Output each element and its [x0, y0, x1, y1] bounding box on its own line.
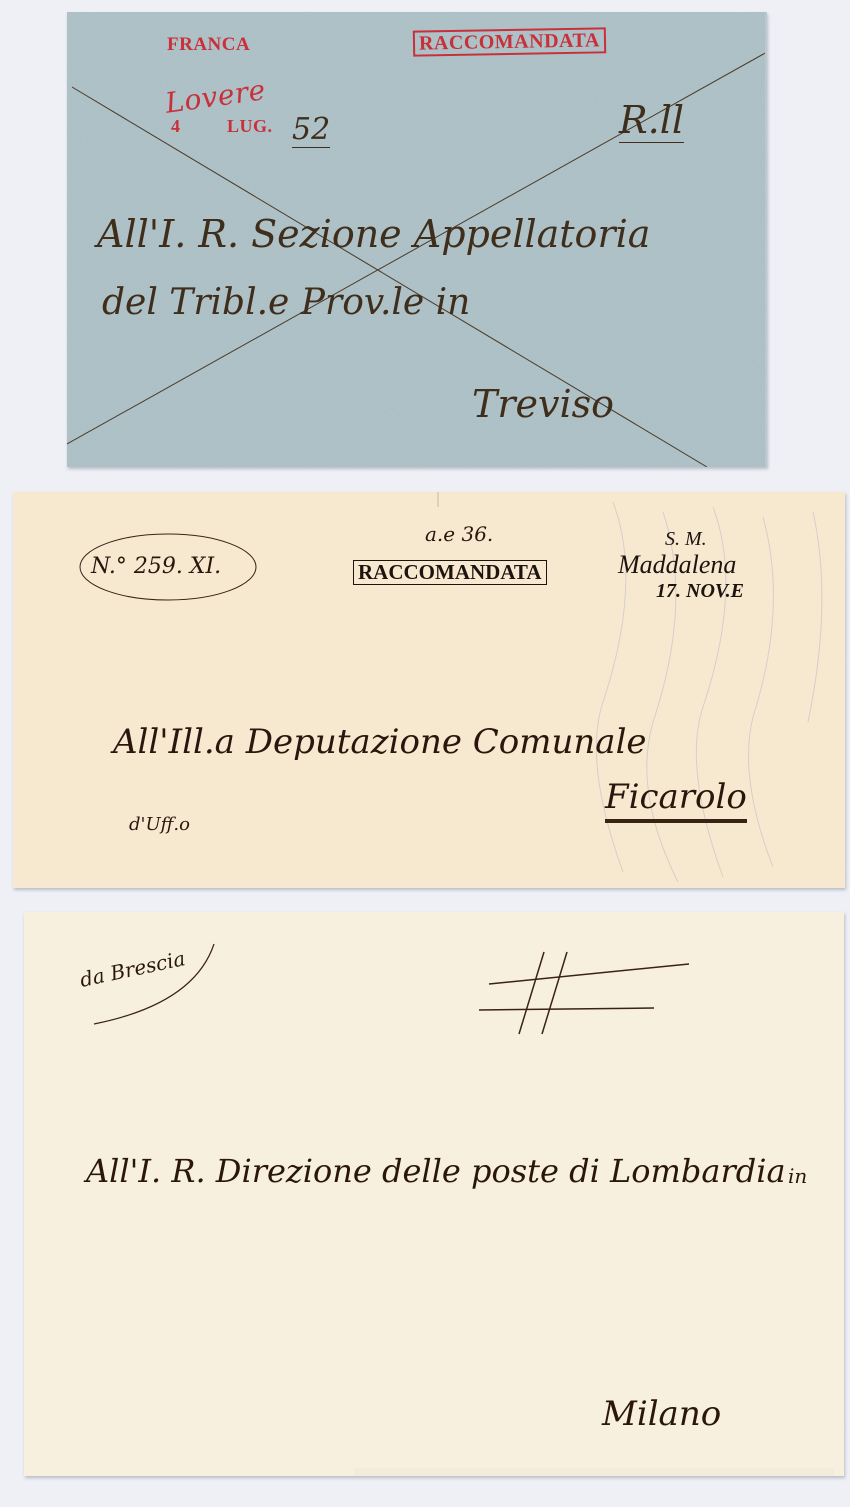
- raccomandata-stamp: RACCOMANDATA: [353, 560, 547, 585]
- address-destination: Milano: [602, 1394, 721, 1434]
- address-destination: Ficarolo: [605, 777, 747, 823]
- registration-number: N.° 259. XI.: [91, 554, 221, 579]
- cover-treviso: FRANCA RACCOMANDATA Lovere 4 LUG. 52 R.l…: [67, 12, 767, 467]
- recommended-annotation: R.ll: [619, 98, 684, 143]
- raccomandata-stamp: RACCOMANDATA: [413, 27, 606, 56]
- rate-annotation: 52: [292, 112, 330, 148]
- address-line-1-suffix: in: [788, 1164, 807, 1188]
- address-destination: Treviso: [472, 382, 614, 426]
- cover-texture: [24, 912, 844, 1476]
- address-line-2: del Tribl.e Prov.le in: [102, 282, 470, 323]
- origin-town-postmark: Maddalena: [618, 550, 736, 580]
- franca-stamp: FRANCA: [167, 34, 250, 56]
- address-line-1: All'I. R. Sezione Appellatoria: [97, 212, 650, 256]
- official-service-note: d'Uff.o: [129, 814, 190, 835]
- origin-month: LUG.: [227, 116, 273, 137]
- origin-prefix: S. M.: [665, 528, 707, 551]
- cover-milano: da Brescia All'I. R. Direzione delle pos…: [24, 912, 844, 1476]
- rate-annotation: a.e 36.: [425, 522, 493, 546]
- origin-date: 17. NOV.E: [656, 580, 744, 603]
- origin-day: 4: [171, 116, 181, 137]
- address-line-1: All'I. R. Direzione delle poste di Lomba…: [86, 1152, 786, 1190]
- cover-ficarolo: N.° 259. XI. a.e 36. RACCOMANDATA S. M. …: [13, 492, 845, 888]
- address-line-1: All'Ill.a Deputazione Comunale: [113, 722, 647, 762]
